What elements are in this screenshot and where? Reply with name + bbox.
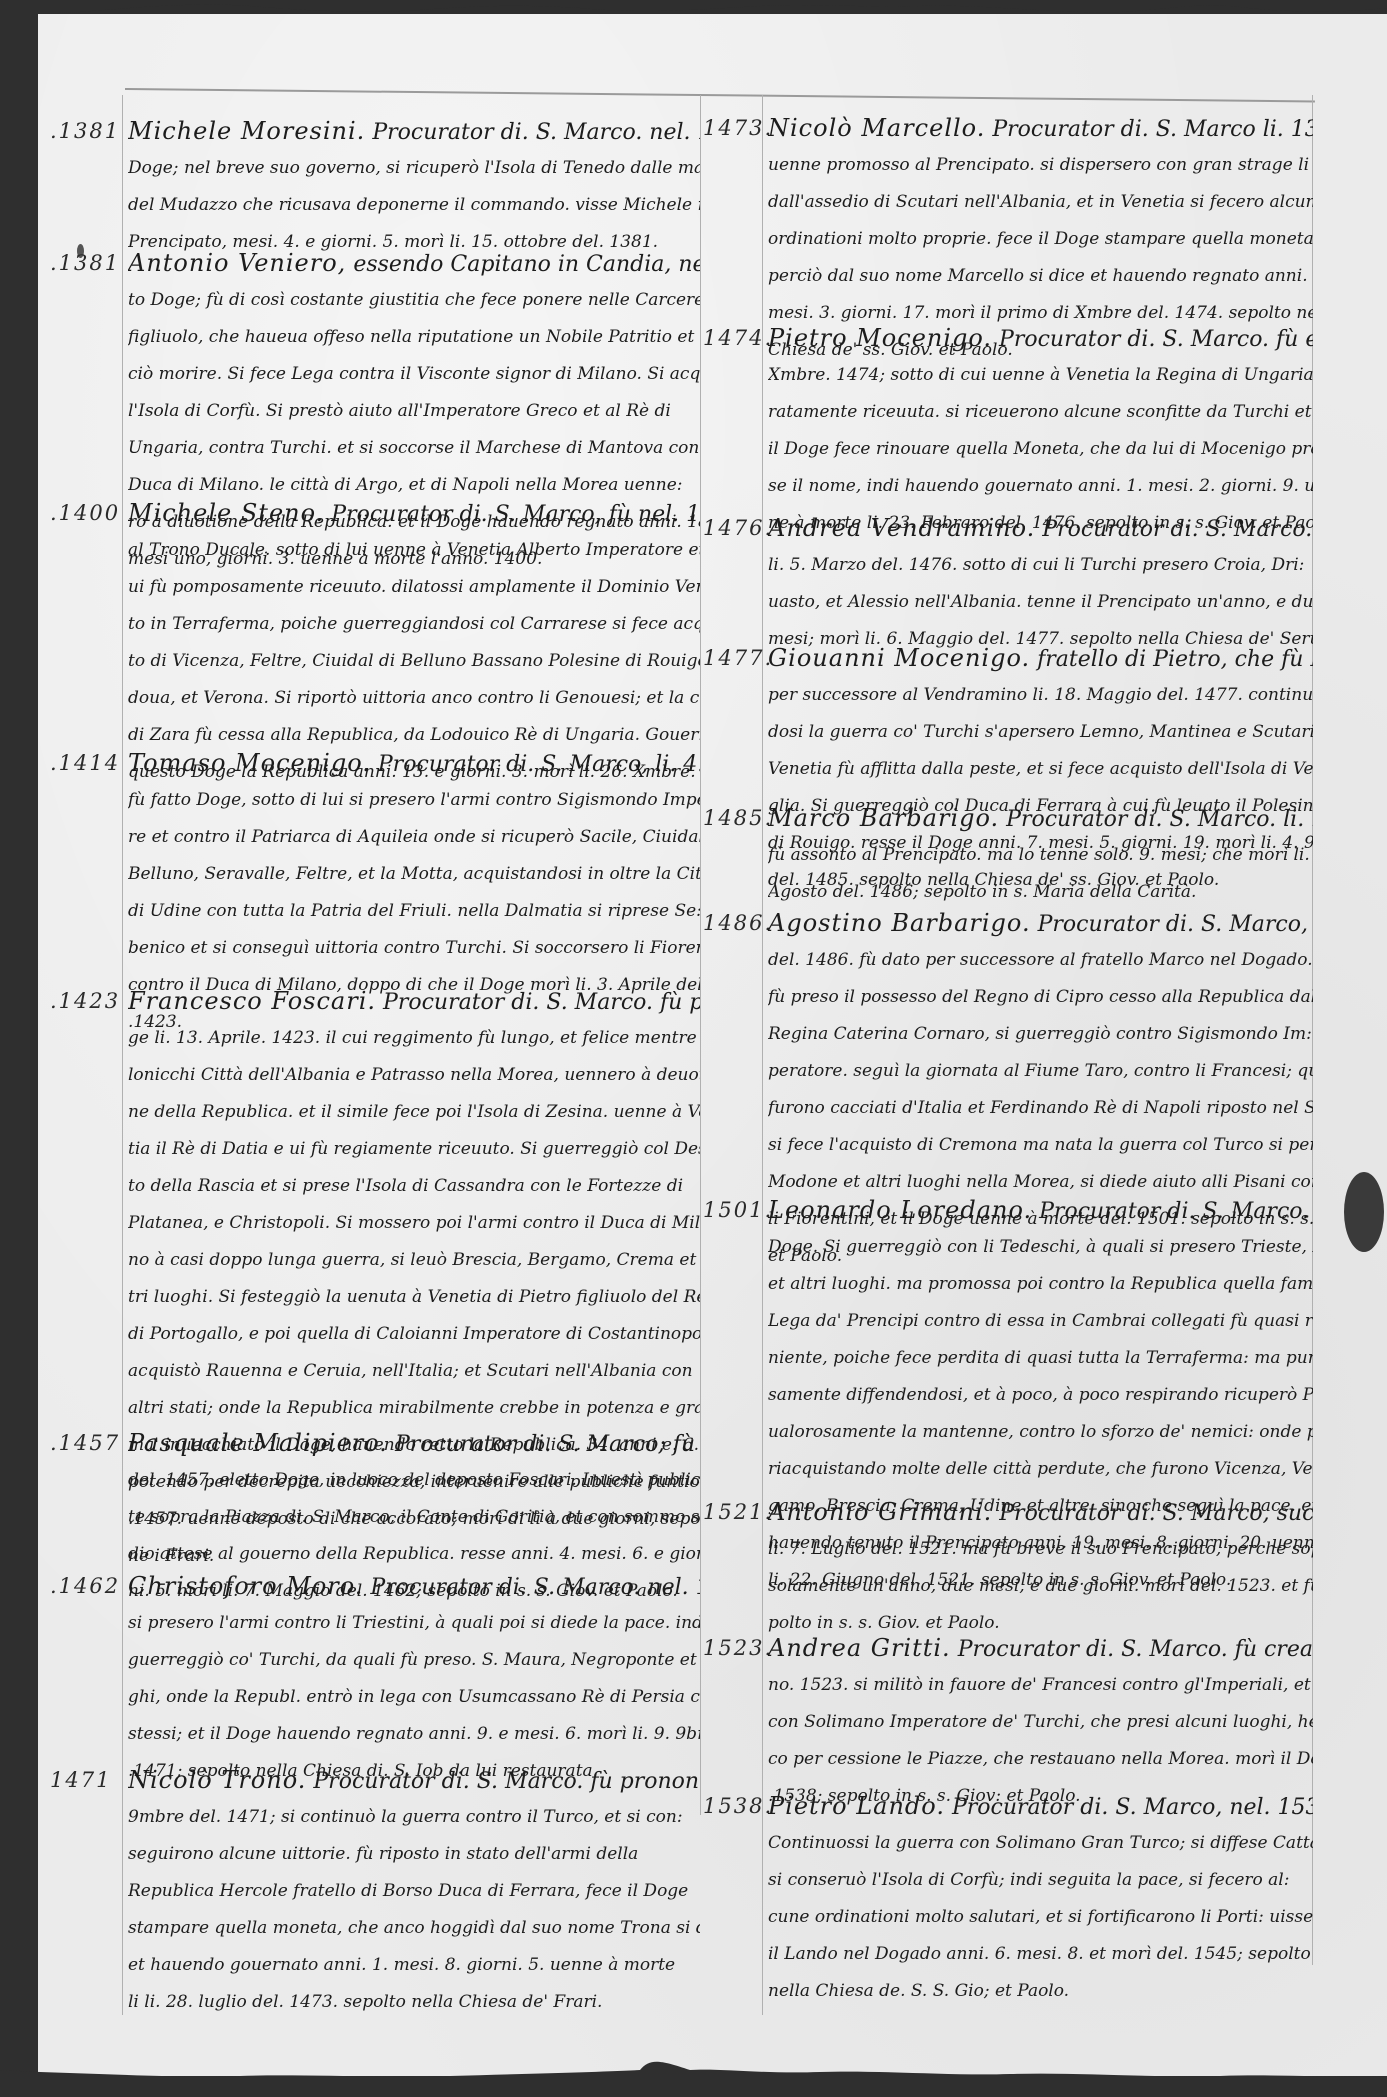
entry-line: Procurator di. S. Marco, successe al Lor… xyxy=(999,1501,1313,1526)
entry-line: il Doge fece rinouare quella Moneta, che… xyxy=(768,431,1313,468)
entry-line: Procurator di. S. Marco. fù eletto Doge … xyxy=(999,327,1313,352)
entry-year: 1474. xyxy=(703,326,773,350)
entry-line: no. 1523. si militò in fauore de' France… xyxy=(768,1667,1313,1704)
entry-line: Continuossi la guerra con Solimano Gran … xyxy=(768,1825,1313,1862)
doge-name: Pietro Mocenigo. xyxy=(768,324,992,352)
entry-line: stampare quella moneta, che anco hoggidì… xyxy=(128,1910,700,1947)
entry-line: nella Chiesa de. S. S. Gio; et Paolo. xyxy=(768,1973,1313,2010)
entry-line: ciò morire. Si fece Lega contra il Visco… xyxy=(128,356,700,393)
entry-line: cune ordinationi molto salutari, et si f… xyxy=(768,1899,1313,1936)
entry-line: Lega da' Prencipi contro di essa in Camb… xyxy=(768,1303,1313,1340)
entry-line: del. 1457. eletto Doge, in luoco del dep… xyxy=(128,1462,700,1499)
entry-line: dosi la guerra co' Turchi s'apersero Lem… xyxy=(768,714,1313,751)
entry-line: perciò dal suo nome Marcello si dice et … xyxy=(768,258,1313,295)
entry-line: del. 1486. fù dato per successore al fra… xyxy=(768,942,1313,979)
doge-name: Francesco Foscari. xyxy=(128,987,376,1015)
entry-line: se il nome, indi hauendo gouernato anni.… xyxy=(768,468,1313,505)
entry-line: figliuolo, che haueua offeso nella riput… xyxy=(128,319,700,356)
entry-line: essendo Capitano in Candia, nel. 1381. f… xyxy=(353,252,700,277)
entry-line: Xmbre. 1474; sotto di cui uenne à Veneti… xyxy=(768,357,1313,394)
entry-line: ordinationi molto proprie. fece il Doge … xyxy=(768,221,1313,258)
entry-line: re et contro il Patriarca di Aquileia on… xyxy=(128,819,700,856)
entry-year: 1485. xyxy=(703,806,773,830)
doge-name: Nicolò Marcello. xyxy=(768,114,985,142)
doge-name: Christoforo Moro. xyxy=(128,1572,363,1600)
entry-line: 9mbre del. 1471; si continuò la guerra c… xyxy=(128,1799,700,1836)
entry-line: per successore al Vendramino li. 18. Mag… xyxy=(768,677,1313,714)
entry-year: .1381 xyxy=(50,251,120,275)
column-divider-right xyxy=(762,95,763,2015)
entry-line: co per cessione le Piazze, che restauano… xyxy=(768,1741,1313,1778)
entry-line: et altri luoghi. ma promossa poi contro … xyxy=(768,1266,1313,1303)
entry-line: Belluno, Seravalle, Feltre, et la Motta,… xyxy=(128,856,700,893)
entry-line: guerreggiò co' Turchi, da quali fù preso… xyxy=(128,1642,700,1679)
entry-line: to Doge; fù di così costante giustitia c… xyxy=(128,282,700,319)
entry-line: Procurator di. S. Marco. fù creato Doge xyxy=(1042,517,1313,542)
entry-year: 1501. xyxy=(703,1198,773,1222)
entry-line: to di Vicenza, Feltre, Ciuidal di Bellun… xyxy=(128,643,700,680)
entry-year: 1473. xyxy=(703,116,773,140)
column-divider-left xyxy=(700,95,701,1815)
entry-line: riacquistando molte delle città perdute,… xyxy=(768,1451,1313,1488)
entry-line: Procurator di. S. Marco. fù pronontiato … xyxy=(383,990,700,1015)
entry-line: uenne promosso al Prencipato. si dispers… xyxy=(768,147,1313,184)
entry-line: lonicchi Città dell'Albania e Patrasso n… xyxy=(128,1057,700,1094)
entry-year: .1381 xyxy=(50,119,120,143)
entry-line: samente diffendendosi, et à poco, à poco… xyxy=(768,1377,1313,1414)
entry-line: Procurator di. S. Marco. fù creato Prenc… xyxy=(958,1637,1313,1662)
entry-line: et hauendo gouernato anni. 1. mesi. 8. g… xyxy=(128,1947,700,1984)
entry-line: ui fù pomposamente riceuuto. dilatossi a… xyxy=(128,569,700,606)
entry-line: no à casi doppo lunga guerra, si leuò Br… xyxy=(128,1242,700,1279)
torn-top-edge xyxy=(0,0,1387,30)
entry-line: fratello di Pietro, che fù Doge, uenne d… xyxy=(1037,647,1313,672)
entry-line: li. 7. Luglio del. 1521. ma fù breve il … xyxy=(768,1531,1313,1568)
entry-line: Procurator di. S. Marco. li. 19. 9mbre d… xyxy=(1006,807,1313,832)
entry-line: Procurator di. S. Marco, li. 4. Genaro d… xyxy=(378,752,700,777)
entry-line: l'Isola di Corfù. Si prestò aiuto all'Im… xyxy=(128,393,700,430)
entry-line: ratamente riceuuta. si riceuerono alcune… xyxy=(768,394,1313,431)
entry-line: li. 5. Marzo del. 1476. sotto di cui li … xyxy=(768,547,1313,584)
doge-name: Tomaso Mocenigo. xyxy=(128,749,371,777)
entry-line: si conseruò l'Isola di Corfù; indi segui… xyxy=(768,1862,1313,1899)
entry-line: con Solimano Imperatore de' Turchi, che … xyxy=(768,1704,1313,1741)
entry-line: fù assonto al Prencipato. ma lo tenne so… xyxy=(768,837,1313,874)
entry-line: te sopra la Piazza di. S. Marco, il Cont… xyxy=(128,1499,700,1536)
entry-year: 1538. xyxy=(703,1794,773,1818)
entry-year: 1471 xyxy=(50,1768,111,1792)
doge-name: Leonardo Loredano. xyxy=(768,1196,1032,1224)
entry-line: ne della Republica. et il simile fece po… xyxy=(128,1094,700,1131)
entry-line: seguirono alcune uittorie. fù riposto in… xyxy=(128,1836,700,1873)
entry-line: li li. 28. luglio del. 1473. sepolto nel… xyxy=(128,1984,700,2021)
entry-line: ghi, onde la Republ. entrò in lega con U… xyxy=(128,1679,700,1716)
entry-line: furono cacciati d'Italia et Ferdinando R… xyxy=(768,1090,1313,1127)
entry-line: Venetia fù afflitta dalla peste, et si f… xyxy=(768,751,1313,788)
doge-name: Pasquale Malipiero. xyxy=(128,1429,388,1457)
entry-line: Procurator di. S. Marco. nel. 1501. fù f… xyxy=(1039,1199,1313,1224)
entry-line: Republica Hercole fratello di Borso Duca… xyxy=(128,1873,700,1910)
doge-name: Michele Steno. xyxy=(128,499,324,527)
entry-year: .1414 xyxy=(50,751,120,775)
doge-name: Giouanni Mocenigo. xyxy=(768,644,1030,672)
entry-line: si presero l'armi contro li Triestini, à… xyxy=(128,1605,700,1642)
entry-line: niente, poiche fece perdita di quasi tut… xyxy=(768,1340,1313,1377)
entry-line: uasto, et Alessio nell'Albania. tenne il… xyxy=(768,584,1313,621)
doge-name: Pietro Lando. xyxy=(768,1792,945,1820)
entry-line: Procurator di. S. Marco. fù pronontiato … xyxy=(313,1769,700,1794)
entry-line: Procurator di. S. Marco, fù nel. 1400. s… xyxy=(331,502,700,527)
entry-line: ualorosamente la mantenne, contro lo sfo… xyxy=(768,1414,1313,1451)
entry-line: fù fatto Doge, sotto di lui si presero l… xyxy=(128,782,700,819)
entry-line: Ungaria, contra Turchi. et si soccorse i… xyxy=(128,430,700,467)
entry-year: .1400 xyxy=(50,501,120,525)
entry-line: Procurator di. S. Marco. nel. 1462. fù f… xyxy=(370,1575,700,1600)
entry-line: acquistò Rauenna e Ceruia, nell'Italia; … xyxy=(128,1353,700,1390)
entry-year: 1521. xyxy=(703,1500,773,1524)
left-column-rule xyxy=(122,95,123,2015)
entry-line: Doge. Si guerreggiò con li Tedeschi, à q… xyxy=(768,1229,1313,1266)
entry-line: al Trono Ducale. sotto di lui uenne à Ve… xyxy=(128,532,700,569)
entry-line: Procurator di. S. Marco, li. 30. Agosto xyxy=(1038,912,1313,937)
entry-line: Procurator di. S. Marco. nel. 1381. fù e… xyxy=(372,120,700,145)
entry-year: 1523. xyxy=(703,1636,773,1660)
entry-year: .1457 xyxy=(50,1431,120,1455)
entry-line: stessi; et il Doge hauendo regnato anni.… xyxy=(128,1716,700,1753)
entry-line: tri luoghi. Si festeggiò la uenuta à Ven… xyxy=(128,1279,700,1316)
entry-line: solamente un'anno, due mesi, e due giorn… xyxy=(768,1568,1313,1605)
entry-line: si fece l'acquisto di Cremona ma nata la… xyxy=(768,1127,1313,1164)
entry-line: il Lando nel Dogado anni. 6. mesi. 8. et… xyxy=(768,1936,1313,1973)
entry-line: to in Terraferma, poiche guerreggiandosi… xyxy=(128,606,700,643)
entry-line: Regina Caterina Cornaro, si guerreggiò c… xyxy=(768,1016,1313,1053)
entry-year: .1462 xyxy=(50,1574,120,1598)
torn-bottom-edge xyxy=(0,2040,1387,2097)
doge-name: Marco Barbarigo. xyxy=(768,804,999,832)
entry-line: doua, et Verona. Si riportò uittoria anc… xyxy=(128,680,700,717)
ink-blot xyxy=(1344,1172,1384,1252)
entry-line: altri stati; onde la Republica mirabilme… xyxy=(128,1390,700,1427)
doge-name: Antonio Veniero, xyxy=(128,249,346,277)
entry-year: .1423 xyxy=(50,989,120,1013)
entry-line: Doge; nel breve suo governo, si ricuperò… xyxy=(128,150,700,187)
entry-line: to della Rascia et si prese l'Isola di C… xyxy=(128,1168,700,1205)
doge-name: Antonio Grimani. xyxy=(768,1498,992,1526)
entry-line: benico et si conseguì uittoria contro Tu… xyxy=(128,930,700,967)
doge-name: Andrea Vendramino. xyxy=(768,514,1035,542)
entry-line: Platanea, e Christopoli. Si mossero poi … xyxy=(128,1205,700,1242)
entry-line: Procurator di. S. Marco; fù li. 30. otto… xyxy=(395,1432,700,1457)
doge-name: Michele Moresini. xyxy=(128,117,365,145)
entry-year: 1476. xyxy=(703,516,773,540)
doge-name: Andrea Gritti. xyxy=(768,1634,951,1662)
entry-line: peratore. seguì la giornata al Fiume Tar… xyxy=(768,1053,1313,1090)
entry-line: di Udine con tutta la Patria del Friuli.… xyxy=(128,893,700,930)
entry-line: dall'assedio di Scutari nell'Albania, et… xyxy=(768,184,1313,221)
doge-name: Agostino Barbarigo. xyxy=(768,909,1031,937)
entry-line: fù preso il possesso del Regno di Cipro … xyxy=(768,979,1313,1016)
entry-line: Procurator di. S. Marco li. 13. Agosto d… xyxy=(992,117,1313,142)
entry-year: 1477. xyxy=(703,646,773,670)
doge-name: Nicolò Trono. xyxy=(128,1766,306,1794)
entry-line: di Portogallo, e poi quella di Caloianni… xyxy=(128,1316,700,1353)
entry-line: ge li. 13. Aprile. 1423. il cui reggimen… xyxy=(128,1020,700,1057)
entry-line: Procurator di. S. Marco, nel. 1538. fù e… xyxy=(952,1795,1313,1820)
entry-year: 1486. xyxy=(703,911,773,935)
entry-line: tia il Rè di Datia e ui fù regiamente ri… xyxy=(128,1131,700,1168)
entry-line: del Mudazzo che ricusava deponerne il co… xyxy=(128,187,700,224)
